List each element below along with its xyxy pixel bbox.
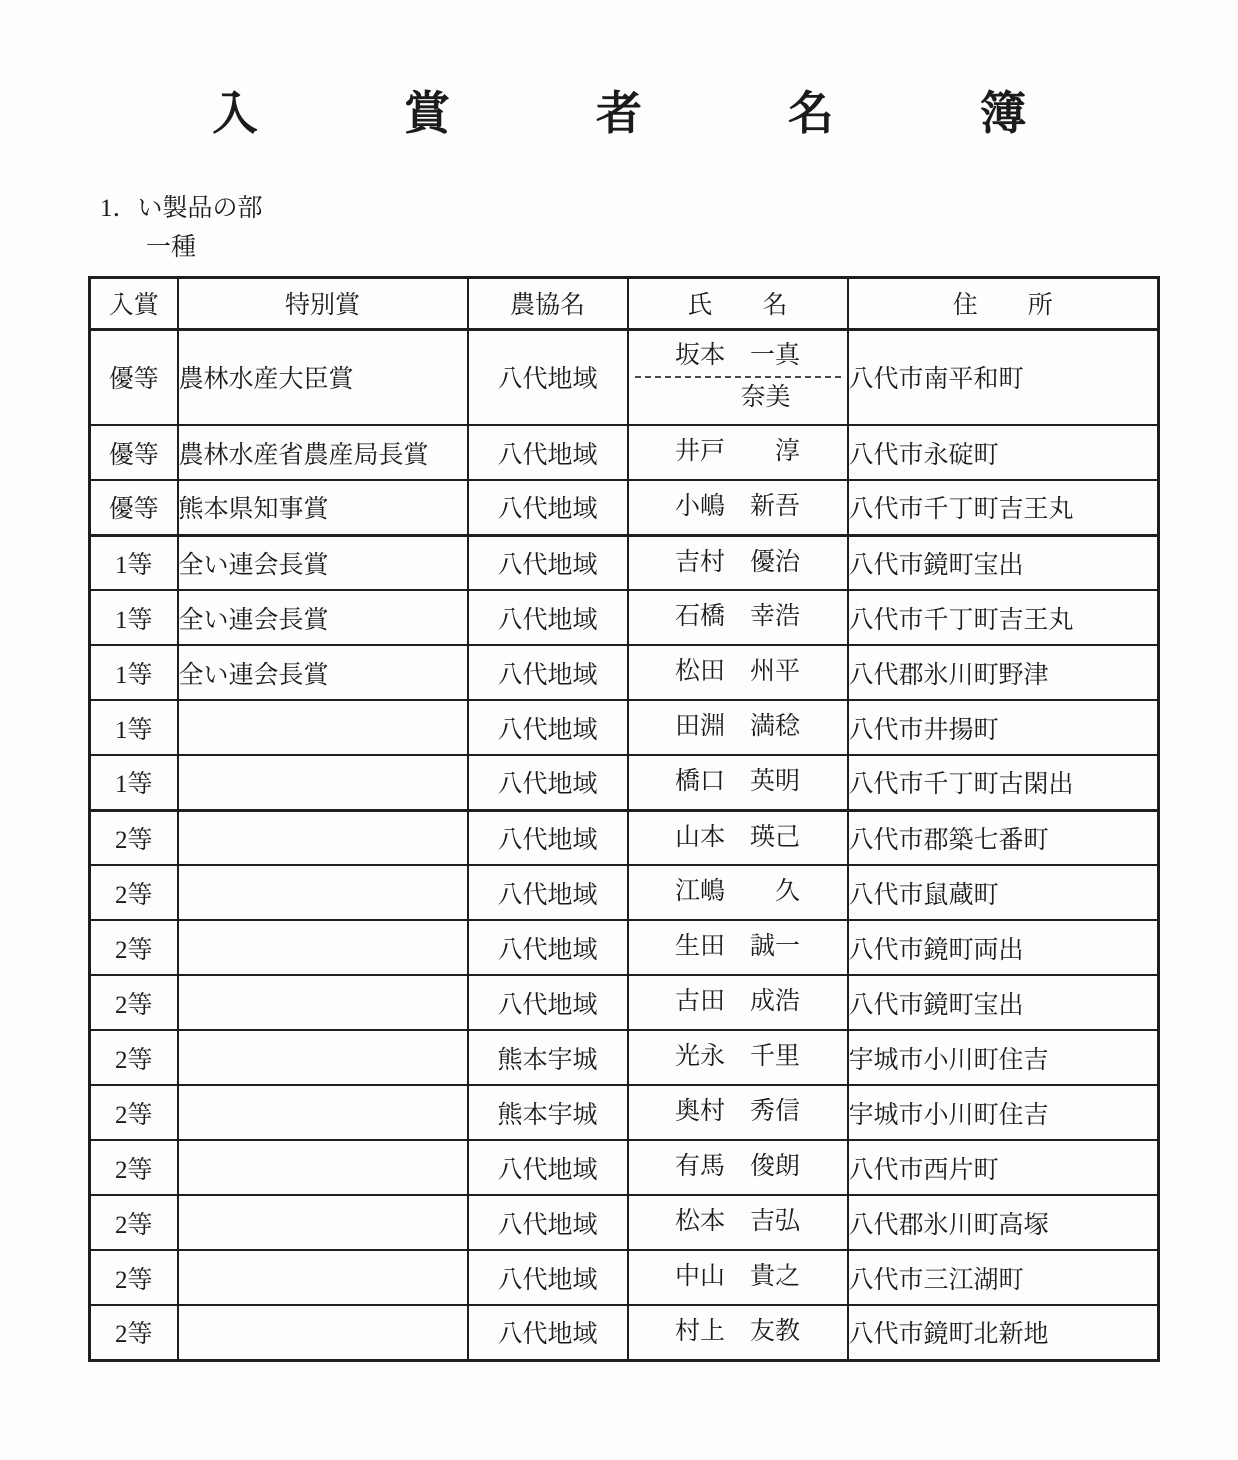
special-prize-cell: 熊本県知事賞 bbox=[178, 480, 468, 535]
address-cell: 八代市鏡町北新地 bbox=[848, 1305, 1159, 1360]
table-row: 優等 農林水産大臣賞 八代地域 坂本 一真奈美 八代市南平和町 bbox=[90, 329, 1159, 425]
table-row: 2等 八代地域 古田 成浩 八代市鏡町宝出 bbox=[90, 975, 1159, 1030]
rank-cell: 2等 bbox=[90, 1140, 178, 1195]
winner-name-line: 村上 友教 bbox=[629, 1316, 847, 1349]
coop-name-cell: 八代地域 bbox=[468, 1305, 628, 1360]
special-prize-cell bbox=[178, 865, 468, 920]
special-prize-cell bbox=[178, 755, 468, 810]
winner-name-line: 中山 貴之 bbox=[629, 1261, 847, 1294]
winner-name-line: 井戸 淳 bbox=[629, 436, 847, 469]
coop-name-cell: 熊本宇城 bbox=[468, 1085, 628, 1140]
winner-name-cell: 古田 成浩 bbox=[628, 975, 848, 1030]
winner-name-cell: 山本 瑛己 bbox=[628, 810, 848, 865]
winner-name-cell: 松本 吉弘 bbox=[628, 1195, 848, 1250]
coop-name-cell: 八代地域 bbox=[468, 1195, 628, 1250]
coop-name-cell: 八代地域 bbox=[468, 425, 628, 480]
rank-cell: 1等 bbox=[90, 645, 178, 700]
section-heading: 1．い製品の部 bbox=[100, 194, 1238, 224]
rank-cell: 2等 bbox=[90, 865, 178, 920]
name-divider-dashed-line bbox=[635, 376, 841, 378]
rank-cell: 2等 bbox=[90, 1085, 178, 1140]
rank-cell: 2等 bbox=[90, 1195, 178, 1250]
special-prize-cell bbox=[178, 1305, 468, 1360]
address-cell: 八代市鏡町宝出 bbox=[848, 535, 1159, 590]
winner-name-line: 田淵 満稔 bbox=[629, 711, 847, 744]
address-cell: 八代市鼠蔵町 bbox=[848, 865, 1159, 920]
table-row: 優等 熊本県知事賞 八代地域 小嶋 新吾 八代市千丁町吉王丸 bbox=[90, 480, 1159, 535]
rank-cell: 2等 bbox=[90, 1250, 178, 1305]
address-cell: 八代郡氷川町高塚 bbox=[848, 1195, 1159, 1250]
header-coop: 農協名 bbox=[468, 277, 628, 329]
winner-name-line: 松田 州平 bbox=[629, 656, 847, 689]
rank-cell: 優等 bbox=[90, 480, 178, 535]
coop-name-cell: 八代地域 bbox=[468, 1140, 628, 1195]
winner-name-cell: 橋口 英明 bbox=[628, 755, 848, 810]
coop-name-cell: 八代地域 bbox=[468, 700, 628, 755]
address-cell: 八代市郡築七番町 bbox=[848, 810, 1159, 865]
winner-name-cell: 田淵 満稔 bbox=[628, 700, 848, 755]
rank-cell: 2等 bbox=[90, 1305, 178, 1360]
table-row: 1等 八代地域 橋口 英明 八代市千丁町古閑出 bbox=[90, 755, 1159, 810]
table-row: 1等 八代地域 田淵 満稔 八代市井揚町 bbox=[90, 700, 1159, 755]
table-row: 2等 八代地域 江嶋 久 八代市鼠蔵町 bbox=[90, 865, 1159, 920]
winner-name-cell: 光永 千里 bbox=[628, 1030, 848, 1085]
header-special-prize: 特別賞 bbox=[178, 277, 468, 329]
winner-name-line: 奥村 秀信 bbox=[629, 1096, 847, 1129]
address-cell: 八代市西片町 bbox=[848, 1140, 1159, 1195]
special-prize-cell: 全い連会長賞 bbox=[178, 535, 468, 590]
special-prize-cell bbox=[178, 1030, 468, 1085]
table-row: 2等 八代地域 生田 誠一 八代市鏡町両出 bbox=[90, 920, 1159, 975]
address-cell: 八代市永碇町 bbox=[848, 425, 1159, 480]
address-cell: 八代市鏡町宝出 bbox=[848, 975, 1159, 1030]
address-cell: 八代市千丁町吉王丸 bbox=[848, 590, 1159, 645]
table-row: 1等 全い連会長賞 八代地域 石橋 幸浩 八代市千丁町吉王丸 bbox=[90, 590, 1159, 645]
winner-name-cell: 吉村 優治 bbox=[628, 535, 848, 590]
document-title: 入 賞 者 名 簿 bbox=[0, 0, 1238, 140]
table-header-row: 入賞 特別賞 農協名 氏 名 住 所 bbox=[90, 277, 1159, 329]
address-cell: 宇城市小川町住吉 bbox=[848, 1030, 1159, 1085]
rank-cell: 1等 bbox=[90, 700, 178, 755]
coop-name-cell: 八代地域 bbox=[468, 1250, 628, 1305]
rank-cell: 1等 bbox=[90, 590, 178, 645]
coop-name-cell: 八代地域 bbox=[468, 535, 628, 590]
table-row: 2等 八代地域 村上 友教 八代市鏡町北新地 bbox=[90, 1305, 1159, 1360]
winner-name-cell: 井戸 淳 bbox=[628, 425, 848, 480]
coop-name-cell: 八代地域 bbox=[468, 920, 628, 975]
rank-cell: 1等 bbox=[90, 535, 178, 590]
table-row: 1等 全い連会長賞 八代地域 吉村 優治 八代市鏡町宝出 bbox=[90, 535, 1159, 590]
rank-cell: 2等 bbox=[90, 810, 178, 865]
rank-cell: 2等 bbox=[90, 920, 178, 975]
special-prize-cell bbox=[178, 1085, 468, 1140]
address-cell: 八代市鏡町両出 bbox=[848, 920, 1159, 975]
winners-table: 入賞 特別賞 農協名 氏 名 住 所 優等 農林水産大臣賞 八代地域 坂本 一真… bbox=[88, 276, 1160, 1362]
winner-name-cell: 石橋 幸浩 bbox=[628, 590, 848, 645]
table-row: 2等 八代地域 山本 瑛己 八代市郡築七番町 bbox=[90, 810, 1159, 865]
special-prize-cell bbox=[178, 1195, 468, 1250]
rank-cell: 優等 bbox=[90, 329, 178, 425]
winner-name-cell: 奥村 秀信 bbox=[628, 1085, 848, 1140]
coop-name-cell: 八代地域 bbox=[468, 329, 628, 425]
table-row: 2等 八代地域 有馬 俊朗 八代市西片町 bbox=[90, 1140, 1159, 1195]
coop-name-cell: 八代地域 bbox=[468, 645, 628, 700]
special-prize-cell: 農林水産省農産局長賞 bbox=[178, 425, 468, 480]
winner-name-cell: 村上 友教 bbox=[628, 1305, 848, 1360]
winner-name-line: 江嶋 久 bbox=[629, 876, 847, 909]
special-prize-cell bbox=[178, 1250, 468, 1305]
winner-name-line: 奈美 bbox=[629, 382, 847, 415]
special-prize-cell bbox=[178, 810, 468, 865]
subsection-heading: 一種 bbox=[146, 233, 1238, 263]
special-prize-cell bbox=[178, 975, 468, 1030]
address-cell: 八代郡氷川町野津 bbox=[848, 645, 1159, 700]
winner-name-line: 生田 誠一 bbox=[629, 931, 847, 964]
winner-name-line: 坂本 一真 bbox=[629, 340, 847, 373]
special-prize-cell: 全い連会長賞 bbox=[178, 590, 468, 645]
address-cell: 八代市井揚町 bbox=[848, 700, 1159, 755]
address-cell: 八代市三江湖町 bbox=[848, 1250, 1159, 1305]
winner-name-line: 吉村 優治 bbox=[629, 547, 847, 580]
table-row: 2等 八代地域 中山 貴之 八代市三江湖町 bbox=[90, 1250, 1159, 1305]
coop-name-cell: 八代地域 bbox=[468, 975, 628, 1030]
winner-name-line: 橋口 英明 bbox=[629, 766, 847, 799]
winner-name-cell: 小嶋 新吾 bbox=[628, 480, 848, 535]
special-prize-cell: 全い連会長賞 bbox=[178, 645, 468, 700]
winner-name-line: 石橋 幸浩 bbox=[629, 601, 847, 634]
address-cell: 八代市南平和町 bbox=[848, 329, 1159, 425]
rank-cell: 2等 bbox=[90, 975, 178, 1030]
special-prize-cell bbox=[178, 920, 468, 975]
special-prize-cell bbox=[178, 700, 468, 755]
header-name: 氏 名 bbox=[628, 277, 848, 329]
winners-table-body: 優等 農林水産大臣賞 八代地域 坂本 一真奈美 八代市南平和町 優等 農林水産省… bbox=[90, 329, 1159, 1360]
header-address: 住 所 bbox=[848, 277, 1159, 329]
table-row: 優等 農林水産省農産局長賞 八代地域 井戸 淳 八代市永碇町 bbox=[90, 425, 1159, 480]
coop-name-cell: 八代地域 bbox=[468, 480, 628, 535]
winner-name-line: 山本 瑛己 bbox=[629, 822, 847, 855]
winner-name-cell: 松田 州平 bbox=[628, 645, 848, 700]
winner-name-line: 古田 成浩 bbox=[629, 986, 847, 1019]
table-row: 2等 熊本宇城 奥村 秀信 宇城市小川町住吉 bbox=[90, 1085, 1159, 1140]
winner-name-cell: 有馬 俊朗 bbox=[628, 1140, 848, 1195]
coop-name-cell: 八代地域 bbox=[468, 590, 628, 645]
table-row: 2等 八代地域 松本 吉弘 八代郡氷川町高塚 bbox=[90, 1195, 1159, 1250]
special-prize-cell bbox=[178, 1140, 468, 1195]
header-rank: 入賞 bbox=[90, 277, 178, 329]
rank-cell: 1等 bbox=[90, 755, 178, 810]
winner-name-line: 松本 吉弘 bbox=[629, 1206, 847, 1239]
rank-cell: 優等 bbox=[90, 425, 178, 480]
table-row: 1等 全い連会長賞 八代地域 松田 州平 八代郡氷川町野津 bbox=[90, 645, 1159, 700]
address-cell: 八代市千丁町吉王丸 bbox=[848, 480, 1159, 535]
winner-name-line: 小嶋 新吾 bbox=[629, 491, 847, 524]
winner-name-cell: 坂本 一真奈美 bbox=[628, 329, 848, 425]
special-prize-cell: 農林水産大臣賞 bbox=[178, 329, 468, 425]
winner-name-line: 光永 千里 bbox=[629, 1041, 847, 1074]
coop-name-cell: 八代地域 bbox=[468, 810, 628, 865]
scanned-document-page: 入 賞 者 名 簿 1．い製品の部 一種 入賞 特別賞 農協名 氏 名 住 所 … bbox=[0, 0, 1238, 1460]
winner-name-cell: 江嶋 久 bbox=[628, 865, 848, 920]
rank-cell: 2等 bbox=[90, 1030, 178, 1085]
winner-name-cell: 中山 貴之 bbox=[628, 1250, 848, 1305]
address-cell: 八代市千丁町古閑出 bbox=[848, 755, 1159, 810]
winner-name-cell: 生田 誠一 bbox=[628, 920, 848, 975]
coop-name-cell: 八代地域 bbox=[468, 755, 628, 810]
address-cell: 宇城市小川町住吉 bbox=[848, 1085, 1159, 1140]
coop-name-cell: 熊本宇城 bbox=[468, 1030, 628, 1085]
winner-name-line: 有馬 俊朗 bbox=[629, 1151, 847, 1184]
table-row: 2等 熊本宇城 光永 千里 宇城市小川町住吉 bbox=[90, 1030, 1159, 1085]
coop-name-cell: 八代地域 bbox=[468, 865, 628, 920]
